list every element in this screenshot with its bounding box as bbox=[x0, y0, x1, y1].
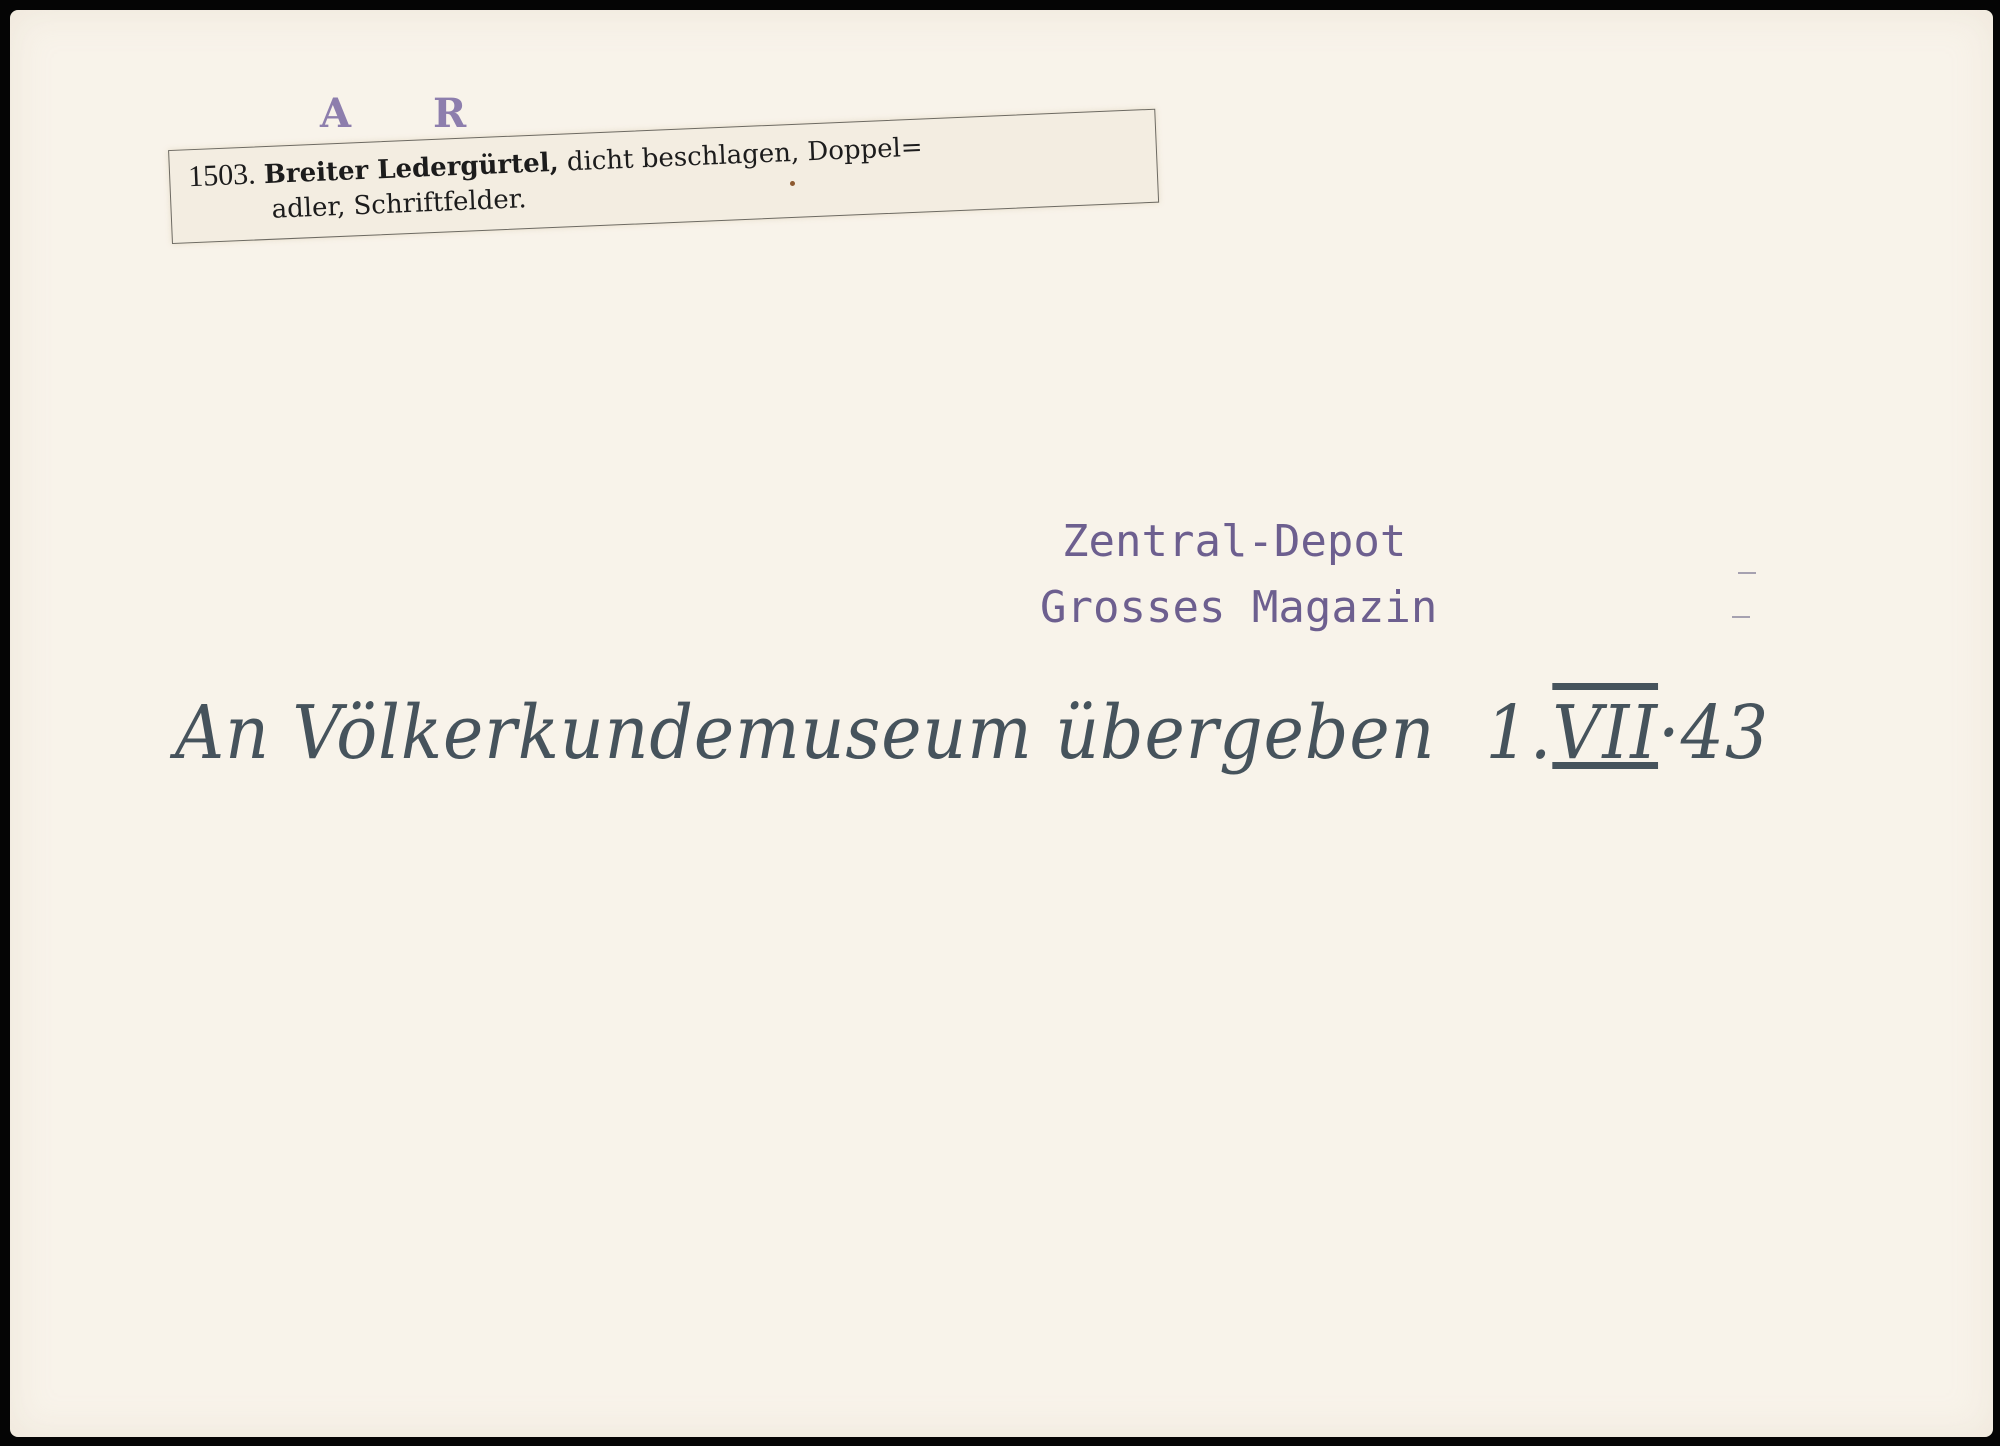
handwritten-text: An Völkerkundemuseum übergeben bbox=[175, 690, 1435, 776]
document-card: A R 1503. Breiter Ledergürtel, dicht bes… bbox=[10, 10, 1993, 1437]
initials-stamp: A R bbox=[320, 90, 500, 137]
depot-stamp-line-1: Zentral-Depot bbox=[1062, 516, 1406, 567]
paper-speck bbox=[790, 181, 795, 186]
date-month: VII bbox=[1552, 690, 1658, 776]
label-line-1: 1503. Breiter Ledergürtel, dicht beschla… bbox=[188, 129, 924, 194]
label-line-2: adler, Schriftfelder. bbox=[271, 184, 527, 225]
item-description: dicht beschlagen, Doppel= bbox=[566, 132, 923, 177]
depot-stamp-line-2: Grosses Magazin bbox=[1040, 582, 1437, 633]
date-year: ·43 bbox=[1658, 690, 1769, 776]
date-day: 1. bbox=[1486, 690, 1553, 776]
catalog-label: 1503. Breiter Ledergürtel, dicht beschla… bbox=[168, 109, 1159, 244]
handwritten-date: 1.VII·43 bbox=[1486, 690, 1770, 776]
faint-mark bbox=[1738, 572, 1756, 574]
faint-mark bbox=[1732, 616, 1750, 618]
catalog-number: 1503. bbox=[188, 157, 257, 193]
handwritten-note: An Völkerkundemuseum übergeben 1.VII·43 bbox=[175, 690, 1769, 776]
